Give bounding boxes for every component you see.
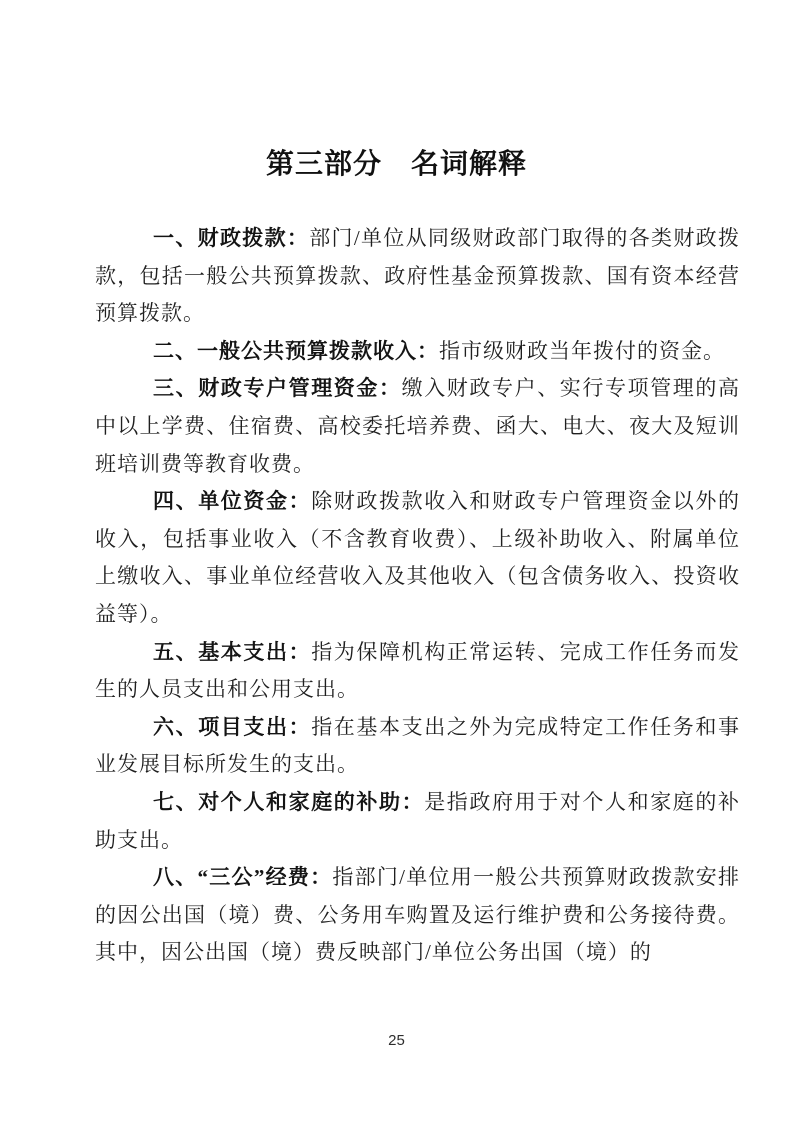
definition-term: 三、财政专户管理资金： xyxy=(153,376,402,400)
definition-paragraph-1: 一、财政拨款：部门/单位从同级财政部门取得的各类财政拨款，包括一般公共预算拨款、… xyxy=(95,220,740,333)
definition-paragraph-4: 四、单位资金：除财政拨款收入和财政专户管理资金以外的收入，包括事业收入（不含教育… xyxy=(95,483,740,633)
definition-paragraph-2: 二、一般公共预算拨款收入：指市级财政当年拨付的资金。 xyxy=(95,333,740,371)
definition-term: 五、基本支出： xyxy=(153,640,311,664)
definition-term: 四、单位资金： xyxy=(153,489,311,513)
definition-paragraph-3: 三、财政专户管理资金：缴入财政专户、实行专项管理的高中以上学费、住宿费、高校委托… xyxy=(95,370,740,483)
glossary-content: 一、财政拨款：部门/单位从同级财政部门取得的各类财政拨款，包括一般公共预算拨款、… xyxy=(95,220,740,972)
definition-term: 一、财政拨款： xyxy=(153,226,309,250)
page-number: 25 xyxy=(0,1031,793,1051)
definition-term: 八、“三公”经费： xyxy=(153,865,332,889)
definition-paragraph-5: 五、基本支出：指为保障机构正常运转、完成工作任务而发生的人员支出和公用支出。 xyxy=(95,634,740,709)
page-title: 第三部分 名词解释 xyxy=(0,145,793,185)
definition-text: 指市级财政当年拨付的资金。 xyxy=(439,339,725,363)
definition-paragraph-6: 六、项目支出：指在基本支出之外为完成特定工作任务和事业发展目标所发生的支出。 xyxy=(95,709,740,784)
definition-term: 七、对个人和家庭的补助： xyxy=(153,790,424,814)
definition-paragraph-8: 八、“三公”经费：指部门/单位用一般公共预算财政拨款安排的因公出国（境）费、公务… xyxy=(95,859,740,972)
definition-paragraph-7: 七、对个人和家庭的补助：是指政府用于对个人和家庭的补助支出。 xyxy=(95,784,740,859)
definition-term: 六、项目支出： xyxy=(153,715,311,739)
document-page: 第三部分 名词解释 一、财政拨款：部门/单位从同级财政部门取得的各类财政拨款，包… xyxy=(0,0,793,1122)
definition-term: 二、一般公共预算拨款收入： xyxy=(153,339,439,363)
